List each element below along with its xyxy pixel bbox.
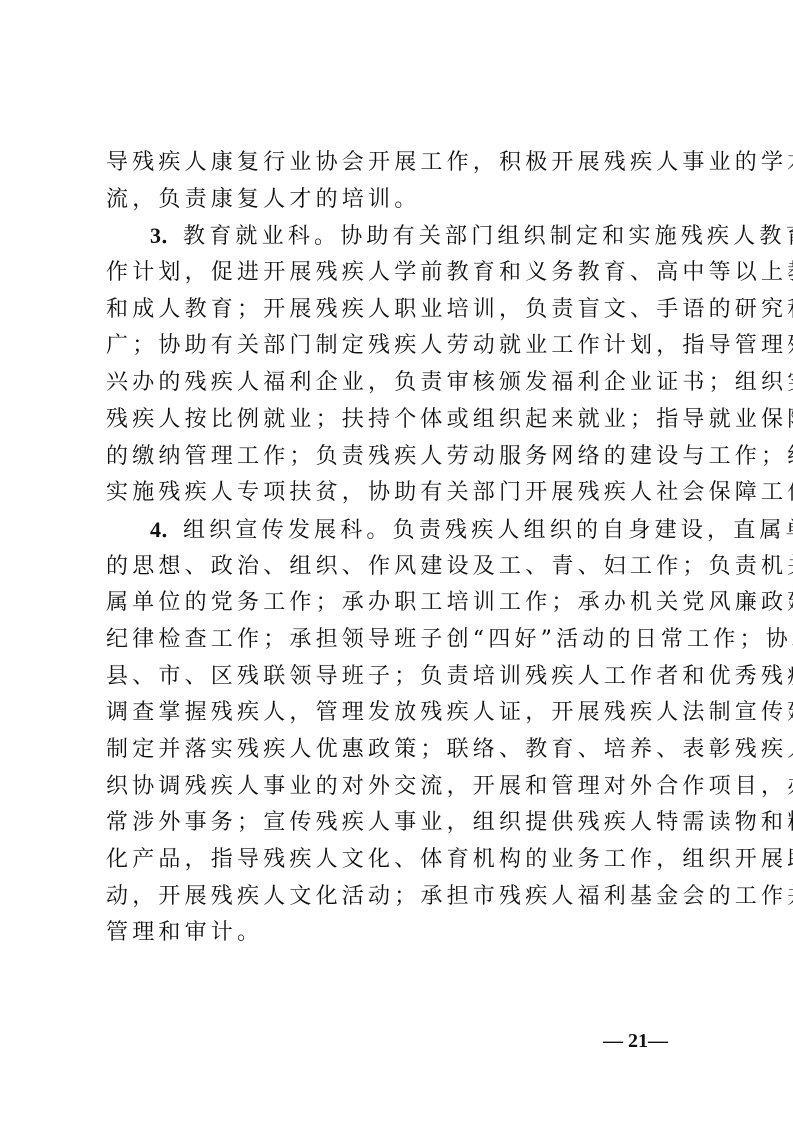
text-line: 化产品，指导残疾人文化、体育机构的业务工作，组织开展助残活 [106,842,694,879]
text-line: 属单位的党务工作；承办职工培训工作；承办机关党风廉政建设和 [106,585,694,622]
text-line: 广；协助有关部门制定残疾人劳动就业工作计划，指导管理残联 [106,328,694,365]
document-page: 导残疾人康复行业协会开展工作，积极开展残疾人事业的学术交 流，负责康复人才的培训… [0,0,793,1122]
text-line: 县、市、区残联领导班子；负责培训残疾人工作者和优秀残疾人； [106,659,694,696]
text-line: 制定并落实残疾人优惠政策；联络、教育、培养、表彰残疾人；组 [106,732,694,769]
text-line: 导残疾人康复行业协会开展工作，积极开展残疾人事业的学术交 [106,145,694,182]
text-line: 纪律检查工作；承担领导班子创“四好”活动的日常工作；协助管理 [106,622,694,659]
text-line: 实施残疾人专项扶贫，协助有关部门开展残疾人社会保障工作。 [106,475,694,512]
text-line: 残疾人按比例就业；扶持个体或组织起来就业；指导就业保障金 [106,402,694,439]
text-line: 的缴纳管理工作；负责残疾人劳动服务网络的建设与工作；组织 [106,439,694,476]
text-line: 常涉外事务；宣传残疾人事业，组织提供残疾人特需读物和精神文 [106,805,694,842]
section-heading-line: 4．组织宣传发展科。负责残疾人组织的自身建设，直属单位 [106,512,694,549]
text-line: 织协调残疾人事业的对外交流，开展和管理对外合作项目，办理日 [106,769,694,806]
page-number: — 21— [603,1030,668,1053]
body-text: 导残疾人康复行业协会开展工作，积极开展残疾人事业的学术交 流，负责康复人才的培训… [106,145,694,952]
text-line: 管理和审计。 [106,915,694,952]
section-heading-line: 3．教育就业科。协助有关部门组织制定和实施残疾人教育工 [106,218,694,255]
text-line: 兴办的残疾人福利企业，负责审核颁发福利企业证书；组织实施 [106,365,694,402]
section-number: 3． [150,223,183,248]
text-line: 调查掌握残疾人，管理发放残疾人证，开展残疾人法制宣传建设， [106,695,694,732]
text-line: 流，负责康复人才的培训。 [106,182,694,219]
text-line: 动，开展残疾人文化活动；承担市残疾人福利基金会的工作并搞好 [106,879,694,916]
text-line: 的思想、政治、组织、作风建设及工、青、妇工作；负责机关及直 [106,549,694,586]
text-line: 作计划，促进开展残疾人学前教育和义务教育、高中等以上教育 [106,255,694,292]
section-number: 4． [150,517,183,542]
text-line: 和成人教育；开展残疾人职业培训，负责盲文、手语的研究和推 [106,292,694,329]
